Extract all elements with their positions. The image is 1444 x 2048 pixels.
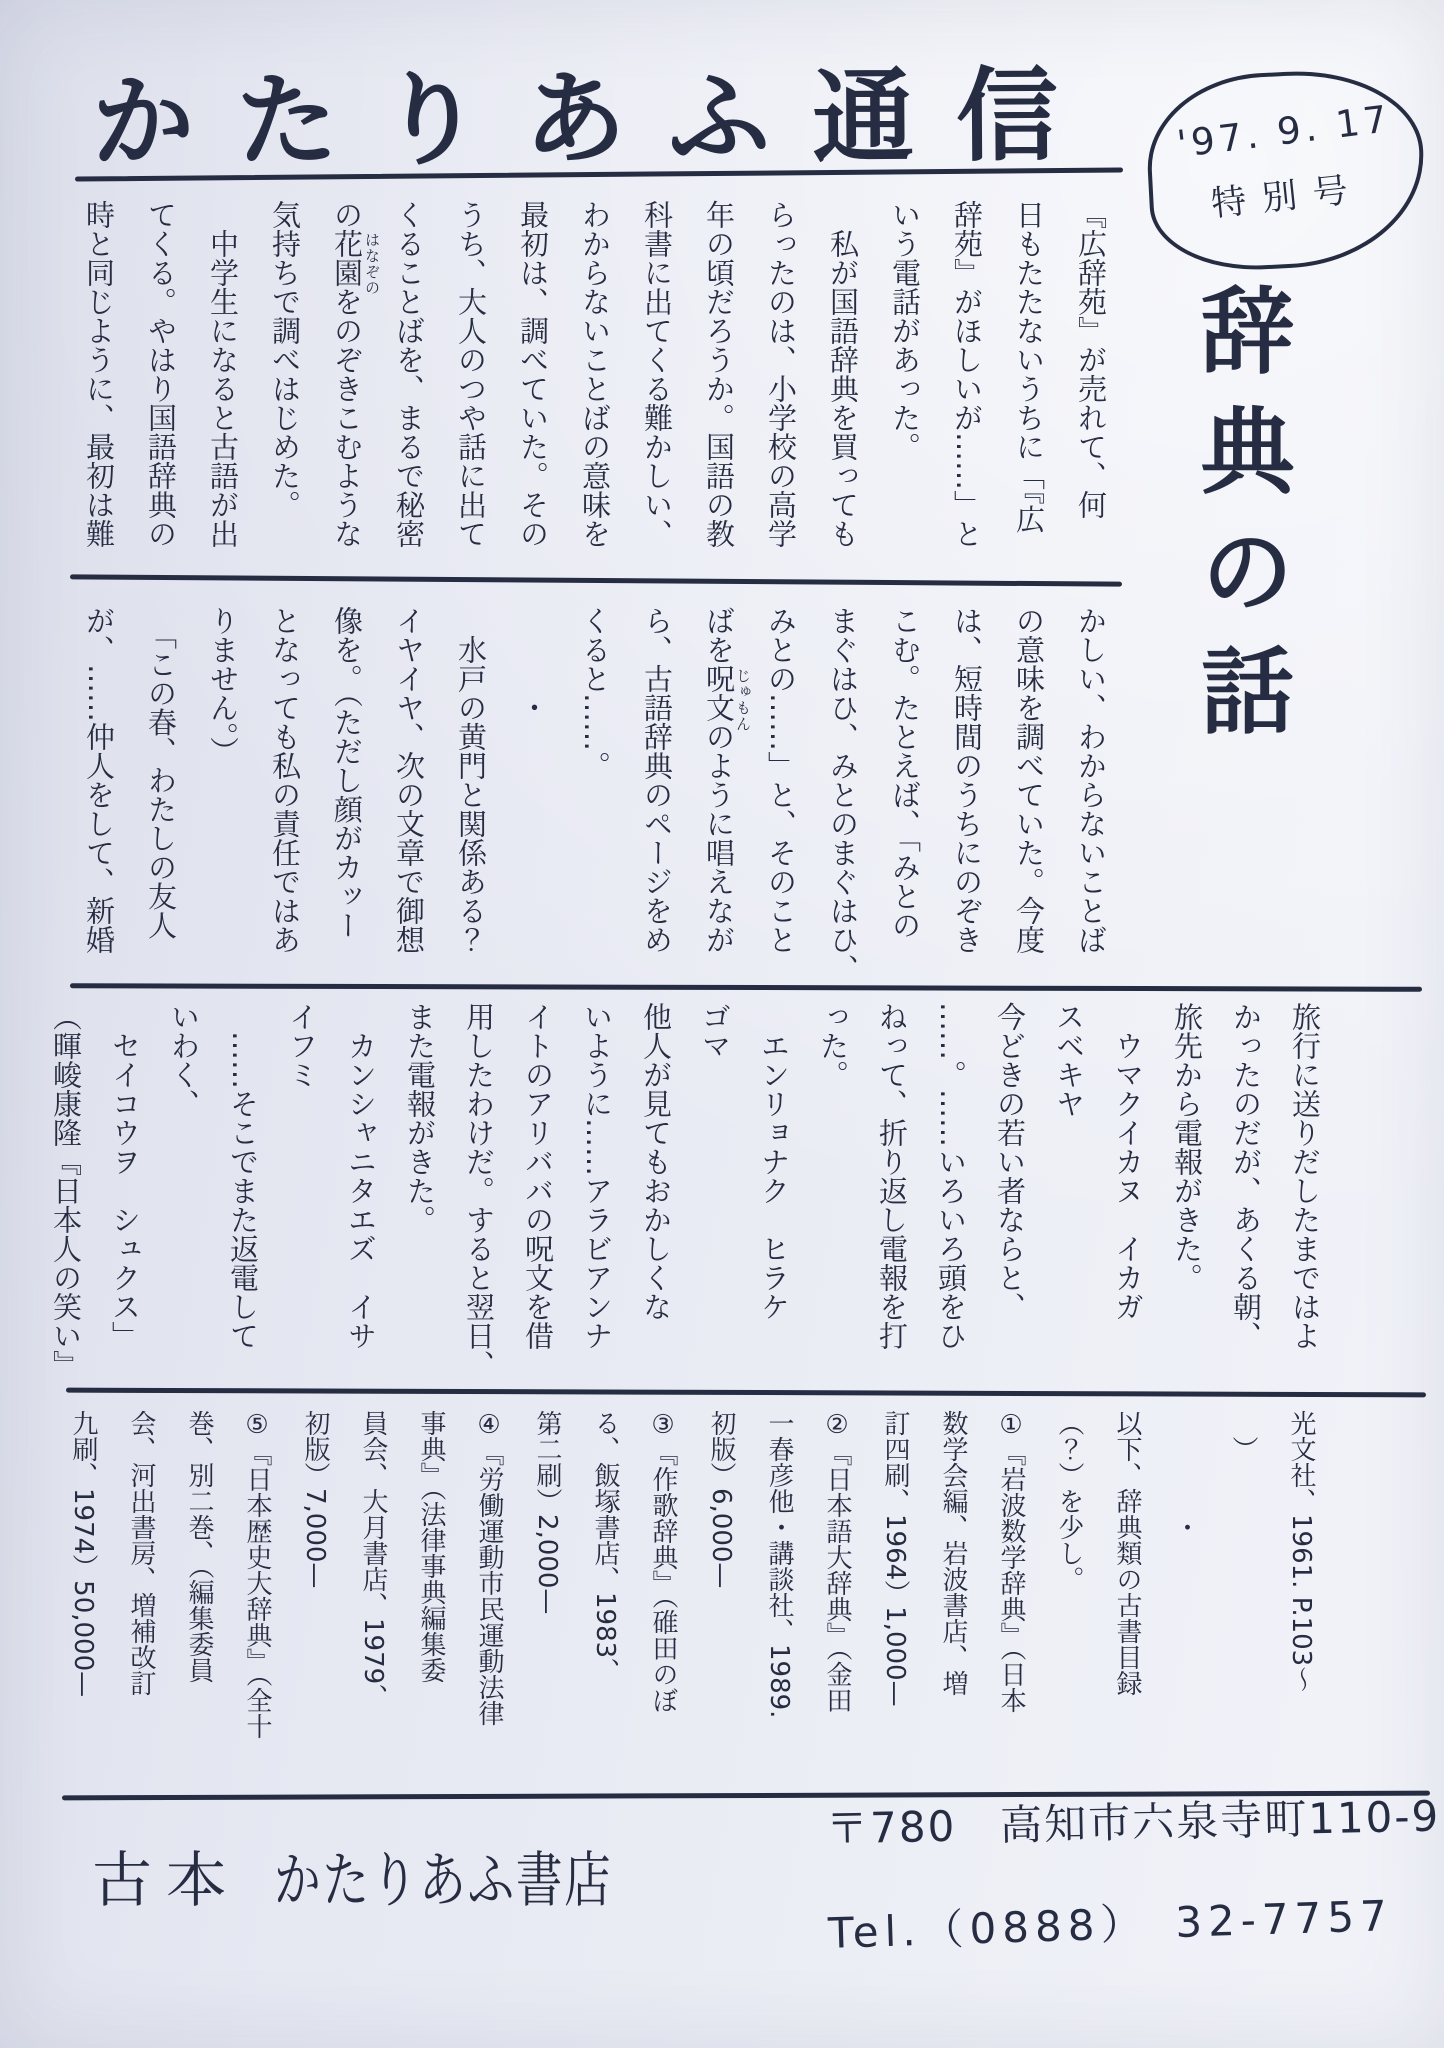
- issue-label: 特別号: [1151, 155, 1423, 233]
- date-stamp-circle: '97. 9. 17 特別号: [1143, 65, 1429, 275]
- shop-type-label: 古本: [92, 1846, 240, 1916]
- page: かたりあふ通信 '97. 9. 17 特別号 辞典の話 『広辞苑』が売れて、何 …: [0, 0, 1444, 2048]
- ruby-jumon: じゅもん: [733, 668, 754, 732]
- shop-name: かたりあふ書店: [274, 1833, 613, 1919]
- headline-dictionary-story: 辞典の話: [1168, 282, 1308, 802]
- phone-number: Tel.（0888） 32-7757: [827, 1883, 1393, 1961]
- section-4-used-book-catalog: 光文社、1961. P.103～ ） ・ 以下、辞典類の古書目録 （？）を少し。…: [54, 1410, 1330, 1782]
- footer-shop-line: 古本かたりあふ書店: [92, 1833, 708, 1919]
- postal-address: 〒780 高知市六泉寺町110-9: [825, 1784, 1440, 1857]
- section-2-kogo-jiten: かしい、わからないことば の意味を調べていた。今度 は、短時間のうちにのぞき こ…: [68, 606, 1122, 1006]
- newsletter-title: かたりあふ通信: [92, 34, 1101, 187]
- ruby-hanazono: はなぞの: [362, 232, 383, 296]
- date-text: '97. 9. 17: [1148, 94, 1419, 169]
- section-1-intro: 『広辞苑』が売れて、何 日もたたないうちに「『広 辞苑』がほしいが……」と いう…: [68, 200, 1122, 600]
- section-3-telegram-story: 旅行に送りだしたまではよ かったのだが、あくる朝、 旅先から電報がきた。 ウマク…: [36, 1002, 1334, 1402]
